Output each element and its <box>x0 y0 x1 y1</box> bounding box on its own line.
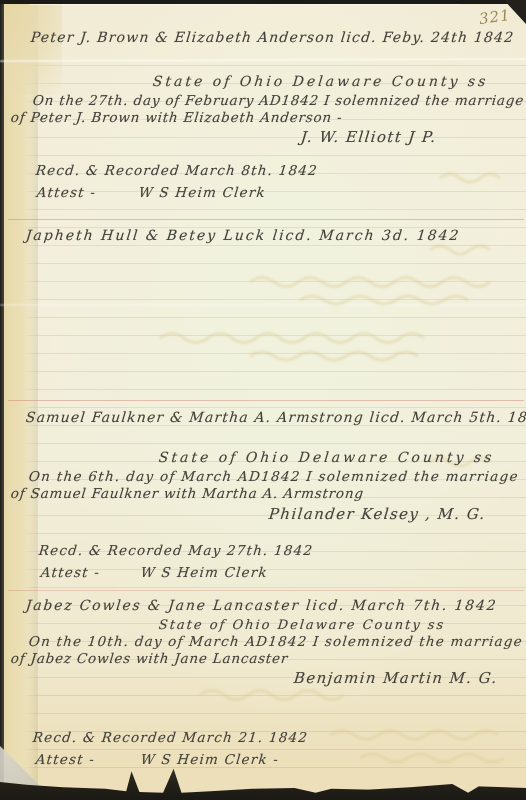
solemnized-line: On the 10th. day of March AD1842 I solem… <box>28 634 524 650</box>
record-heading: Japheth Hull & Betey Luck licd. March 3d… <box>25 228 461 244</box>
attest-label: Attest - <box>35 752 96 768</box>
attest-label: Attest - <box>36 185 97 201</box>
record-heading: Jabez Cowles & Jane Lancaster licd. Marc… <box>25 598 498 614</box>
record-heading: Peter J. Brown & Elizabeth Anderson licd… <box>30 30 515 46</box>
record-heading: Samuel Faulkner & Martha A. Armstrong li… <box>25 410 526 426</box>
recorded-line: Recd. & Recorded May 27th. 1842 <box>38 543 314 559</box>
officiant-signature: Benjamin Martin M. G. <box>293 669 499 687</box>
couple-line: of Peter J. Brown with Elizabeth Anderso… <box>10 110 343 126</box>
state-county-line: State of Ohio Delaware County ss <box>152 74 489 90</box>
clerk-signature: W S Heim Clerk <box>138 185 267 201</box>
recorded-line: Recd. & Recorded March 8th. 1842 <box>35 163 319 179</box>
section-divider <box>8 219 524 220</box>
officiant-signature: Philander Kelsey , M. G. <box>268 505 487 523</box>
attest-label: Attest - <box>40 565 101 581</box>
section-divider <box>8 590 524 591</box>
page-top-highlight <box>30 4 460 5</box>
paper-crease <box>0 304 526 306</box>
clerk-signature: W S Heim Clerk - <box>140 752 280 768</box>
state-county-line: State of Ohio Delaware County ss <box>158 450 495 466</box>
clerk-signature: W S Heim Clerk <box>140 565 269 581</box>
solemnized-line: On the 27th. day of February AD1842 I so… <box>32 93 525 109</box>
recorded-line: Recd. & Recorded March 21. 1842 <box>32 730 309 746</box>
aged-corner-patch <box>0 0 62 95</box>
scan-left-edge <box>0 0 4 800</box>
solemnized-line: On the 6th. day of March AD1842 I solemn… <box>28 469 520 485</box>
document-scan: 321 Peter J. Brown & Elizabeth Anderson … <box>0 0 526 800</box>
section-divider <box>8 400 524 401</box>
couple-line: of Samuel Faulkner with Martha A. Armstr… <box>10 486 365 502</box>
couple-line: of Jabez Cowles with Jane Lancaster <box>10 651 289 667</box>
officiant-signature: J. W. Elliott J P. <box>300 128 438 146</box>
state-county-line: State of Ohio Delaware County ss <box>158 618 446 633</box>
